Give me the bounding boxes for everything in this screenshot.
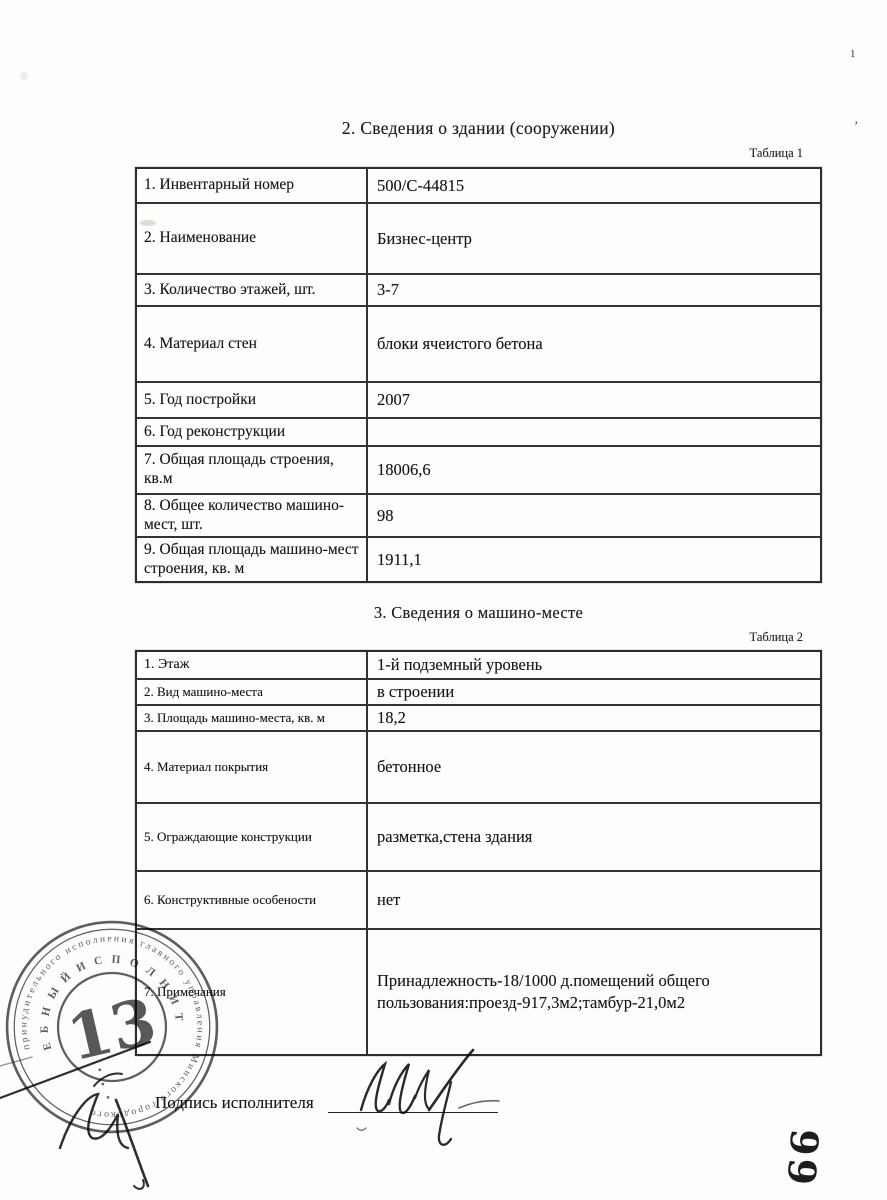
- row-label: 3. Количество этажей, шт.: [137, 275, 368, 305]
- building-info-table: 1. Инвентарный номер 500/С-44815 2. Наим…: [135, 167, 822, 583]
- row-value: бетонное: [368, 732, 820, 802]
- table-row: 1. Этаж 1-й подземный уровень: [137, 652, 820, 678]
- table-row: 7. Общая площадь строения, кв.м 18006,6: [137, 445, 820, 493]
- handwritten-signature: [333, 1048, 523, 1158]
- row-label: 5. Год постройки: [137, 383, 368, 417]
- table-row: 6. Год реконструкции: [137, 417, 820, 445]
- row-value: 18006,6: [368, 447, 820, 493]
- table-row: 8. Общее количество машино-мест, шт. 98: [137, 493, 820, 536]
- row-label: 4. Материал покрытия: [137, 732, 368, 802]
- pen-scribble: [0, 1030, 175, 1195]
- table1-label: Таблица 1: [135, 146, 803, 161]
- row-label: 1. Этаж: [137, 652, 368, 678]
- row-value: Бизнес-центр: [368, 204, 820, 273]
- parking-space-info-table: 1. Этаж 1-й подземный уровень 2. Вид маш…: [135, 650, 822, 1056]
- table-row: 4. Материал покрытия бетонное: [137, 730, 820, 802]
- scanned-document-page: 1 ’ 2. Сведения о здании (сооружении) Та…: [0, 0, 887, 1200]
- row-label: 3. Площадь машино-места, кв. м: [137, 706, 368, 730]
- row-value: Принадлежность-18/1000 д.помещений общег…: [368, 930, 820, 1054]
- row-value: разметка,стена здания: [368, 804, 820, 870]
- row-value: 500/С-44815: [368, 169, 820, 202]
- corner-comma-mark: ’: [854, 118, 858, 134]
- row-label: 2. Наименование: [137, 204, 368, 273]
- row-label: 2. Вид машино-места: [137, 680, 368, 704]
- corner-mark: 1: [850, 48, 856, 60]
- table-row: 1. Инвентарный номер 500/С-44815: [137, 169, 820, 202]
- section2-title: 2. Сведения о здании (сооружении): [135, 118, 822, 139]
- table2-label: Таблица 2: [135, 630, 803, 645]
- row-value: в строении: [368, 680, 820, 704]
- row-value: 2007: [368, 383, 820, 417]
- row-value: 1911,1: [368, 538, 820, 581]
- table-row: 9. Общая площадь машино-мест строения, к…: [137, 536, 820, 581]
- row-label: 4. Материал стен: [137, 307, 368, 381]
- row-label: 6. Год реконструкции: [137, 419, 368, 445]
- row-value: 1-й подземный уровень: [368, 652, 820, 678]
- table-row: 4. Материал стен блоки ячеистого бетона: [137, 305, 820, 381]
- row-value: 18,2: [368, 706, 820, 730]
- table-row: 2. Наименование Бизнес-центр: [137, 202, 820, 273]
- row-value: [368, 419, 820, 445]
- table-row: 3. Площадь машино-места, кв. м 18,2: [137, 704, 820, 730]
- table-row: 7. Примечания Принадлежность-18/1000 д.п…: [137, 928, 820, 1054]
- table-row: 5. Ограждающие конструкции разметка,стен…: [137, 802, 820, 870]
- row-value: 3-7: [368, 275, 820, 305]
- row-label: 5. Ограждающие конструкции: [137, 804, 368, 870]
- row-label: 8. Общее количество машино-мест, шт.: [137, 495, 368, 536]
- table-row: 5. Год постройки 2007: [137, 381, 820, 417]
- row-value: 98: [368, 495, 820, 536]
- row-label: 7. Общая площадь строения, кв.м: [137, 447, 368, 493]
- table-row: 2. Вид машино-места в строении: [137, 678, 820, 704]
- table-row: 6. Конструктивные особености нет: [137, 870, 820, 928]
- handwritten-page-number: 99: [778, 1114, 829, 1200]
- ink-speck: [20, 72, 28, 80]
- row-value: нет: [368, 872, 820, 928]
- row-value: блоки ячеистого бетона: [368, 307, 820, 381]
- section3-title: 3. Сведения о машино-месте: [135, 603, 822, 623]
- row-label: 9. Общая площадь машино-мест строения, к…: [137, 538, 368, 581]
- row-label: 1. Инвентарный номер: [137, 169, 368, 202]
- table-row: 3. Количество этажей, шт. 3-7: [137, 273, 820, 305]
